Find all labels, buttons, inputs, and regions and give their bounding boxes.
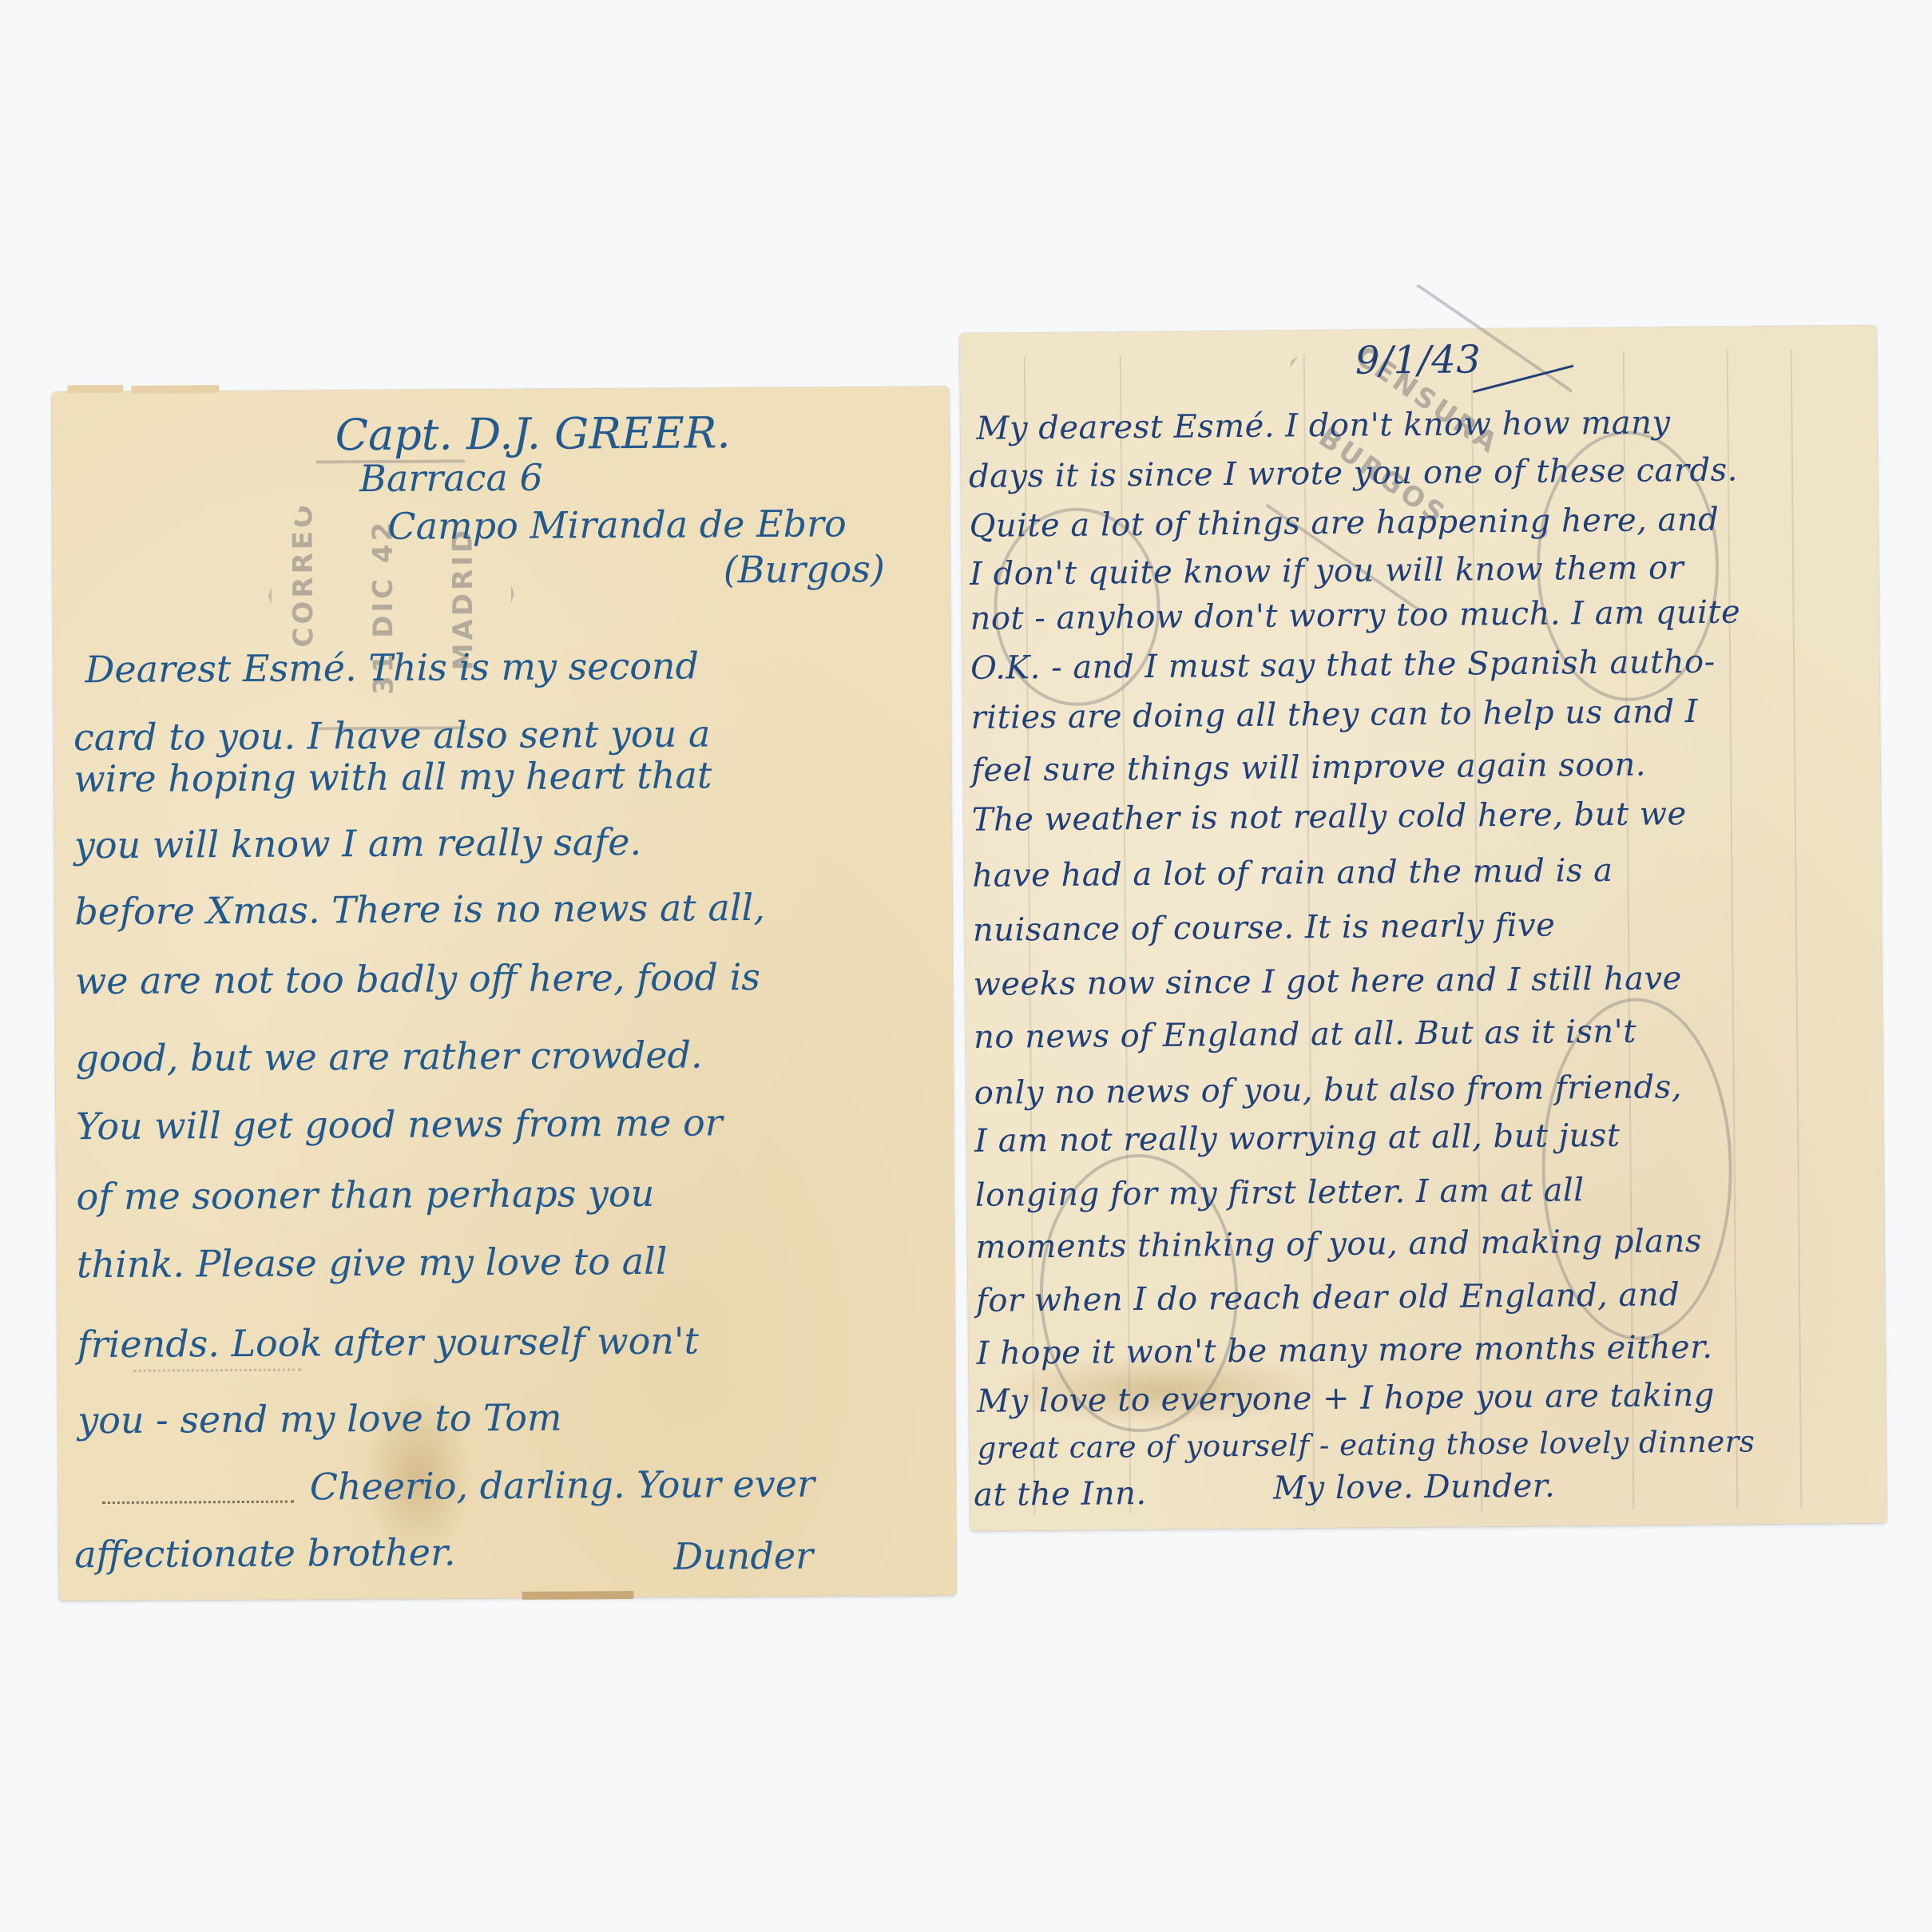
sign-off: My love. Dunder. (1273, 1470, 1555, 1505)
letter-line: card to you. I have also sent you a (73, 715, 711, 756)
letter-line: feel sure things will improve again soon… (971, 749, 1646, 787)
letter-line: of me sooner than perhaps you (76, 1175, 654, 1215)
letter-line: nuisance of course. It is nearly five (973, 910, 1556, 946)
address-line: Barraca 6 (359, 459, 543, 497)
closing-line: Cheerio, darling. Your ever (310, 1466, 815, 1506)
postcard-right: CENSURA BURGOS 9/1/43 My dearest Esmé. I… (959, 325, 1886, 1531)
letter-line: rities are doing all they can to help us… (971, 696, 1699, 734)
letter-line: The weather is not really cold here, but… (972, 798, 1687, 836)
letter-line: not - anyhow don't worry too much. I am … (970, 597, 1740, 635)
letter-line: I hope it won't be many more months eith… (976, 1331, 1712, 1370)
ruling-line (1791, 350, 1803, 1508)
postmark-stamp: CORREO 31 DIC 42 MADRID (268, 459, 515, 731)
dotted-rule (102, 1501, 294, 1504)
letter-line: good, but we are rather crowded. (75, 1036, 702, 1077)
letter-line: My love to everyone + I hope you are tak… (977, 1379, 1715, 1418)
letter-line: wire hoping with all my heart that (73, 756, 712, 797)
ruling-line (1727, 351, 1739, 1509)
letter-line: great care of yourself - eating those lo… (978, 1426, 1755, 1462)
closing-line: affectionate brother. (74, 1533, 456, 1573)
letter-line: think. Please give my love to all (77, 1243, 668, 1283)
letter-line: Quite a lot of things are happening here… (969, 504, 1719, 542)
letter-line: only no news of you, but also from frien… (974, 1071, 1682, 1109)
postmark-text: CORREO (287, 502, 319, 648)
letter-line: longing for my first letter. I am at all (975, 1174, 1585, 1212)
letter-line: days it is since I wrote you one of thes… (969, 454, 1738, 493)
dotted-rule (133, 1369, 301, 1372)
letter-line: before Xmas. There is no news at all, (74, 889, 765, 930)
letter-line: I am not really worrying at all, but jus… (974, 1120, 1620, 1157)
address-name: Capt. D.J. GREER. (335, 411, 731, 457)
letter-line: you - send my love to Tom (77, 1399, 562, 1439)
torn-edge (522, 1591, 634, 1600)
signature: Dunder (673, 1537, 813, 1575)
address-line: (Burgos) (724, 550, 885, 588)
letter-line: My dearest Esmé. I don't know how many (976, 407, 1670, 445)
frayed-edge (67, 385, 123, 393)
letter-line: O.K. - and I must say that the Spanish a… (970, 646, 1716, 684)
letter-line: friends. Look after yourself won't (77, 1323, 700, 1363)
letter-line: moments thinking of you, and making plan… (975, 1225, 1702, 1264)
letter-line: you will know I am really safe. (74, 823, 642, 863)
letter-line: no news of England at all. But as it isn… (974, 1016, 1636, 1053)
letter-line: You will get good news from me or (76, 1104, 723, 1145)
letter-line: have had a lot of rain and the mud is a (972, 855, 1613, 892)
letter-line: at the Inn. (974, 1478, 1147, 1511)
postcard-left: CORREO 31 DIC 42 MADRID Capt. D.J. GREER… (51, 387, 956, 1601)
letter-line: I don't quite know if you will know them… (970, 552, 1684, 590)
letter-line: we are not too badly off here, food is (75, 958, 760, 999)
letter-line: for when I do reach dear old England, an… (976, 1279, 1680, 1317)
letter-line: weeks now since I got here and I still h… (973, 962, 1682, 1001)
frayed-edge (131, 385, 219, 394)
date: 9/1/43 (1355, 340, 1482, 379)
address-line: Campo Miranda de Ebro (387, 505, 847, 545)
letter-line: Dearest Esmé. This is my second (85, 648, 699, 688)
